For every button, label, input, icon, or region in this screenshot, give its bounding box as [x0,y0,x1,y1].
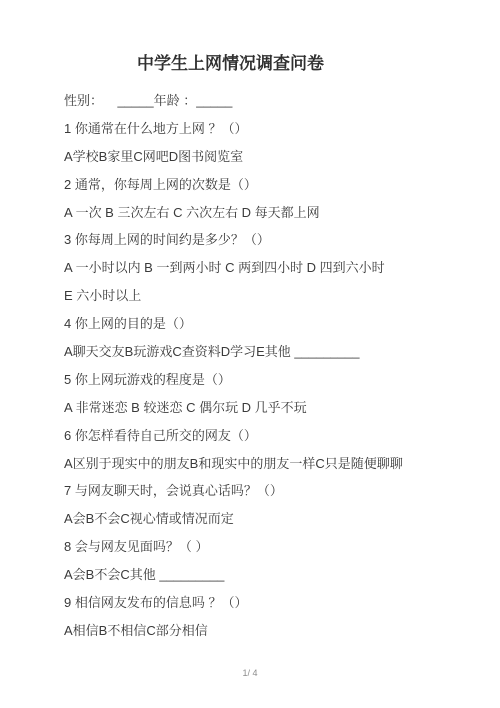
question-line-3: 3 你每周上网的时间约是多少？（） [64,226,474,254]
answer-line-5: A 非常迷恋 B 较迷恋 C 偶尔玩 D 几乎不玩 [64,394,474,422]
answer-line-2: A 一次 B 三次左右 C 六次左右 D 每天都上网 [64,199,474,227]
document-page: 中学生上网情况调查问卷 性别： _____年龄 ：_____ 1 你通常在什么地… [0,0,500,708]
question-line-1: 1 你通常在什么地方上网 ？（） [64,115,474,143]
gender-age-line: 性别： _____年龄 ：_____ [64,87,474,115]
answer-line-6: A区别于现实中的朋友B和现实中的朋友一样C只是随便聊聊 [64,450,474,478]
answer-line-1: A学校B家里C网吧D图书阅览室 [64,143,474,171]
document-body: 性别： _____年龄 ：_____ 1 你通常在什么地方上网 ？（） A学校B… [64,87,474,645]
answer-line-4: A聊天交友B玩游戏C查资料D学习E其他 _________ [64,338,474,366]
question-line-7: 7 与网友聊天时，会说真心话吗？（） [64,477,474,505]
question-line-9: 9 相信网友发布的信息吗 ？（） [64,589,474,617]
answer-line-9: A相信B不相信C部分相信 [64,617,474,645]
answer-line-8: A会B不会C其他 _________ [64,561,474,589]
page-number: 1/ 4 [0,667,500,679]
answer-line-7: A会B不会C视心情或情况而定 [64,505,474,533]
answer-line-3b: E 六小时以上 [64,282,474,310]
question-line-6: 6 你怎样看待自己所交的网友（） [64,422,474,450]
question-line-8: 8 会与网友见面吗？（ ） [64,533,474,561]
question-line-4: 4 你上网的目的是（） [64,310,474,338]
question-line-5: 5 你上网玩游戏的程度是（） [64,366,474,394]
answer-line-3: A 一小时以内 B 一到两小时 C 两到四小时 D 四到六小时 [64,254,474,282]
question-line-2: 2 通常，你每周上网的次数是（） [64,171,474,199]
page-title: 中学生上网情况调查问卷 [137,52,324,76]
